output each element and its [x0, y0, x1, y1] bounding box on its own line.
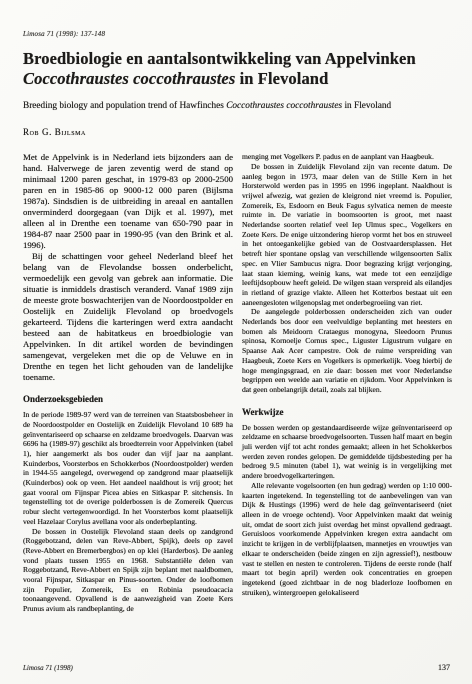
two-column-body: Met de Appelvink is in Nederland iets bi…	[23, 152, 452, 654]
section-heading-methods: Werkwijze	[242, 407, 452, 417]
introduction-section: Met de Appelvink is in Nederland iets bi…	[23, 152, 233, 383]
study-areas-paragraph-2-left-part: De bossen in Oostelijk Flevoland staan d…	[23, 527, 233, 614]
study-areas-section-left: In de periode 1989-97 werd van de terrei…	[23, 410, 233, 614]
author-name: Rob G. Bijlsma	[23, 127, 452, 137]
section-heading-study-areas: Onderzoeksgebieden	[23, 394, 233, 404]
study-areas-paragraph-4: De aangelegde polderbossen onderscheiden…	[242, 307, 452, 394]
footer-journal-reference: Limosa 71 (1998)	[23, 664, 73, 672]
english-subtitle-post: in Flevoland	[342, 101, 391, 111]
methods-section: De bossen werden op gestandaardiseerde w…	[242, 423, 452, 598]
methods-paragraph-1: De bossen werden op gestandaardiseerde w…	[242, 423, 452, 481]
intro-paragraph-2: Bij de schattingen voor geheel Nederland…	[23, 251, 233, 383]
study-areas-paragraph-1: In de periode 1989-97 werd van de terrei…	[23, 410, 233, 526]
left-column: Met de Appelvink is in Nederland iets bi…	[23, 152, 233, 654]
study-areas-section-right: menging met Vogelkers P. padus en de aan…	[242, 152, 452, 395]
study-areas-paragraph-2-continuation: menging met Vogelkers P. padus en de aan…	[242, 152, 452, 162]
article-title: Broedbiologie en aantalsontwikkeling van…	[23, 49, 452, 89]
english-subtitle-pre: Breeding biology and population trend of…	[23, 101, 226, 111]
footer-page-number: 137	[438, 663, 450, 672]
article-title-species-name: Coccothraustes coccothraustes	[23, 69, 235, 88]
study-areas-paragraph-3: De bossen in Zuidelijk Flevoland zijn va…	[242, 162, 452, 308]
intro-paragraph-1: Met de Appelvink is in Nederland iets bi…	[23, 152, 233, 251]
article-title-line1: Broedbiologie en aantalsontwikkeling van…	[23, 49, 416, 68]
right-column: menging met Vogelkers P. padus en de aan…	[242, 152, 452, 654]
article-title-line2-rest: in Flevoland	[235, 69, 328, 88]
english-subtitle: Breeding biology and population trend of…	[23, 100, 452, 112]
english-subtitle-species-name: Coccothraustes coccothraustes	[226, 101, 342, 111]
journal-reference: Limosa 71 (1998): 137-148	[23, 30, 452, 38]
scanned-paper-page: Limosa 71 (1998): 137-148 Broedbiologie …	[0, 0, 472, 684]
methods-paragraph-2: Alle relevante vogelsoorten (en hun gedr…	[242, 481, 452, 597]
